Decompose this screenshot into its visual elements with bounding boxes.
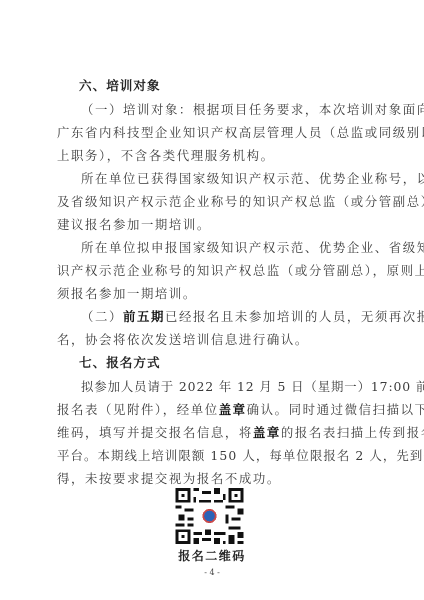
- paragraph-text: 报名表（见附件），经单位: [57, 402, 219, 417]
- qr-code-icon: [175, 488, 244, 544]
- paragraph-text: 的报名表扫描上传到报名: [281, 425, 424, 440]
- paragraph-line: 识产权示范企业称号的知识产权总监（或分管副总），原则上必: [57, 264, 369, 278]
- bold-text: 盖章: [219, 402, 247, 417]
- section-6-heading: 六、培训对象: [79, 79, 391, 93]
- paragraph-line: 名，协会将依次发送培训信息进行确认。: [57, 333, 369, 347]
- paragraph-line: 及省级知识产权示范企业称号的知识产权总监（或分管副总），: [57, 195, 369, 209]
- bold-text: 前五期: [123, 309, 165, 324]
- paragraph-line: 所在单位拟申报国家级知识产权示范、优势企业、省级知: [57, 241, 393, 255]
- paragraph-line: 广东省内科技型企业知识产权高层管理人员（总监或同级别以: [57, 126, 369, 140]
- paragraph-line: 须报名参加一期培训。: [57, 287, 369, 301]
- section-7-heading: 七、报名方式: [79, 356, 391, 370]
- bold-text: 盖章: [253, 425, 281, 440]
- item-prefix: （二）: [81, 309, 123, 324]
- paragraph-line: 建议报名参加一期培训。: [57, 218, 369, 232]
- paragraph-text: 已经报名且未参加培训的人员，无须再次报: [165, 309, 424, 324]
- paragraph-text: 维码，填写并提交报名信息，将: [57, 425, 253, 440]
- paragraph-text: 确认。同时通过微信扫描以下二: [247, 402, 424, 417]
- document-page: 六、培训对象 （一）培训对象：根据项目任务要求，本次培训对象面向 广东省内科技型…: [0, 0, 424, 600]
- paragraph-line: 上职务），不含各类代理服务机构。: [57, 149, 369, 163]
- paragraph-line: 拟参加人员请于 2022 年 12 月 5 日（星期一）17:00 前填写: [57, 380, 393, 394]
- paragraph-line: 得，未按要求提交视为报名不成功。: [57, 472, 369, 486]
- paragraph-line: （一）培训对象：根据项目任务要求，本次培训对象面向: [57, 103, 393, 117]
- qr-caption: 报名二维码: [0, 547, 424, 564]
- paragraph-line: （二）前五期已经报名且未参加培训的人员，无须再次报: [57, 310, 393, 324]
- page-number: - 4 -: [0, 568, 424, 577]
- paragraph-line: 平台。本期线上培训限额 150 人，每单位限报名 2 人，先到先: [57, 449, 369, 463]
- paragraph-line: 所在单位已获得国家级知识产权示范、优势企业称号，以: [57, 172, 393, 186]
- paragraph-line: 报名表（见附件），经单位盖章确认。同时通过微信扫描以下二: [57, 403, 369, 417]
- paragraph-line: 维码，填写并提交报名信息，将盖章的报名表扫描上传到报名: [57, 426, 369, 440]
